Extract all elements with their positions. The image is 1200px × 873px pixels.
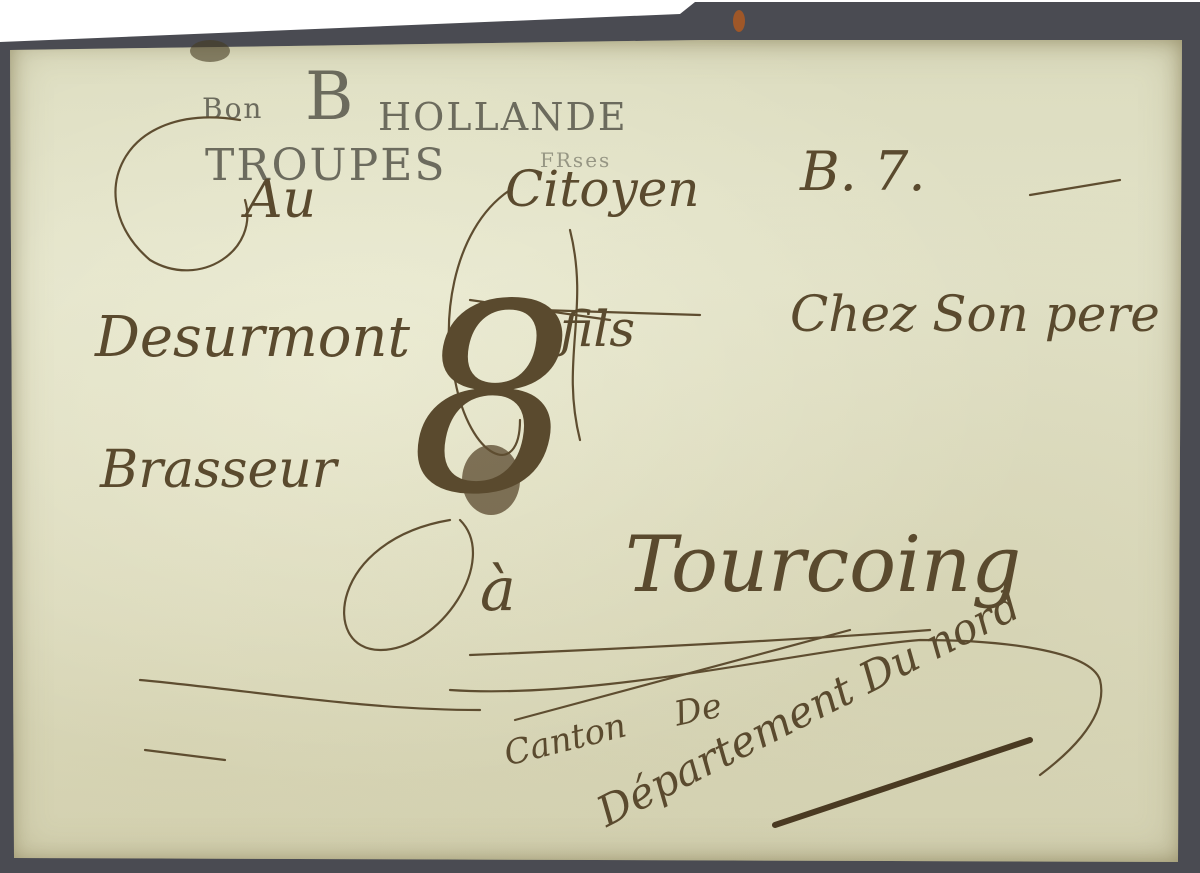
address-a: à	[480, 555, 516, 625]
address-right-top: B. 7.	[800, 140, 926, 203]
rate-numeral: 8	[410, 250, 575, 552]
address-occupation: Brasseur	[100, 440, 337, 500]
address-au: Au	[245, 170, 316, 230]
address-chez-son-pere: Chez Son pere	[790, 285, 1160, 343]
address-city: Tourcoing	[625, 520, 1021, 610]
address-citoyen: Citoyen	[505, 160, 699, 218]
address-name: Desurmont	[95, 305, 410, 370]
